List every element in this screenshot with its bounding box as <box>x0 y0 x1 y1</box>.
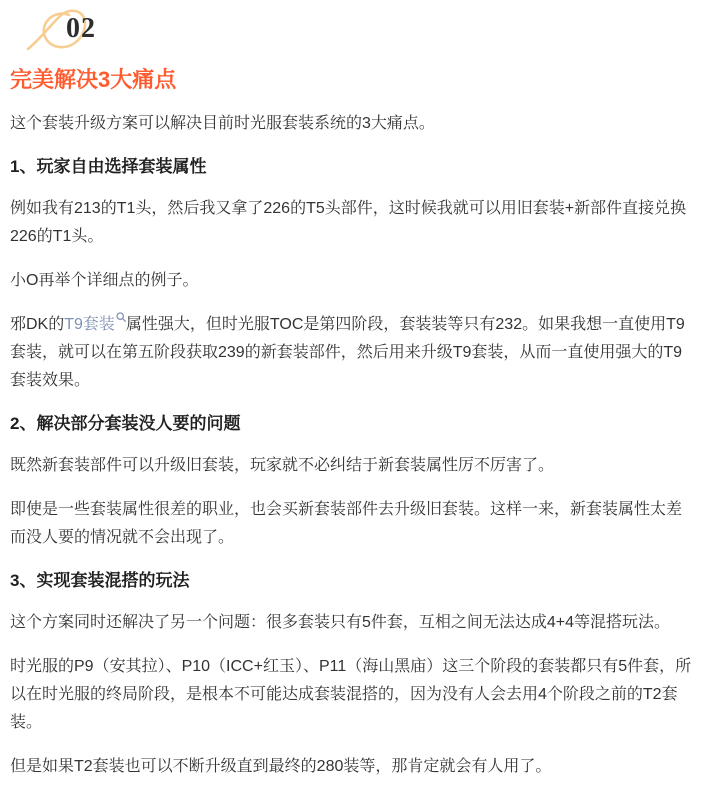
heading-point-2: 2、解决部分套装没人要的问题 <box>10 412 696 436</box>
paragraph-bad-attribute-classes: 即使是一些套装属性很差的职业，也会买新套装部件去升级旧套装。这样一来，新套装属性… <box>10 496 696 552</box>
t9-set-link[interactable]: T9套装 <box>64 316 126 333</box>
paragraph-t9-example: 邪DK的T9套装属性强大，但时光服TOC是第四阶段，套装装等只有232。如果我想… <box>10 311 696 395</box>
section-header: 02 <box>10 8 696 56</box>
paragraph-intro: 这个套装升级方案可以解决目前时光服套装系统的3大痛点。 <box>10 110 696 138</box>
paragraph-example-intro: 小O再举个详细点的例子。 <box>10 267 696 295</box>
t9-set-link-label: T9套装 <box>64 316 115 333</box>
article-title: 完美解决3大痛点 <box>10 66 696 94</box>
paragraph-phase-sets: 时光服的P9（安其拉）、P10（ICC+红玉）、P11（海山黑庙）这三个阶段的套… <box>10 653 696 737</box>
paragraph-mix-match-problem: 这个方案同时还解决了另一个问题：很多套装只有5件套，互相之间无法达成4+4等混搭… <box>10 609 696 637</box>
paragraph-upgrade-old-sets: 既然新套装部件可以升级旧套装，玩家就不必纠结于新套装属性厉不厉害了。 <box>10 452 696 480</box>
paragraph-t2-conclusion: 但是如果T2套装也可以不断升级直到最终的280装等，那肯定就会有人用了。 <box>10 753 696 781</box>
section-number: 02 <box>66 12 96 46</box>
article-page: 02 完美解决3大痛点 这个套装升级方案可以解决目前时光服套装系统的3大痛点。 … <box>0 0 707 792</box>
paragraph-example-t1: 例如我有213的T1头，然后我又拿了226的T5头部件，这时候我就可以用旧套装+… <box>10 195 696 251</box>
heading-point-3: 3、实现套装混搭的玩法 <box>10 569 696 593</box>
heading-point-1: 1、玩家自由选择套装属性 <box>10 155 696 179</box>
t9-paragraph-before-link: 邪DK的 <box>10 316 64 333</box>
search-icon <box>116 312 126 322</box>
